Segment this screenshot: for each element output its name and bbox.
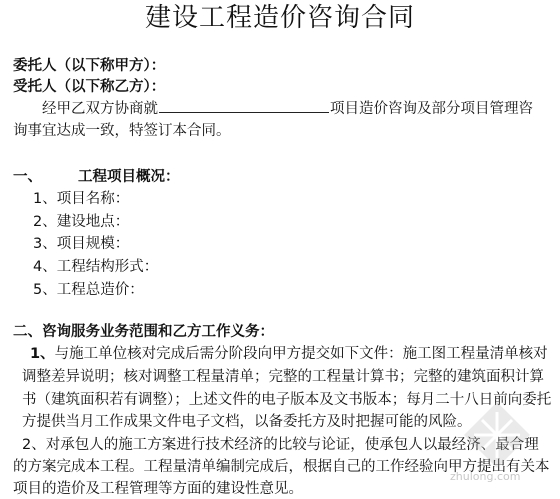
section-2-heading: 二、咨询服务业务范围和乙方工作义务： (13, 321, 274, 343)
watermark-text: zhulong.com (450, 470, 520, 483)
section-2-para-1-line: 方提供当月工作成果文件电子文档，以备委托方及时把握可能的风险。 (22, 411, 472, 433)
document-title: 建设工程造价咨询合同 (0, 2, 560, 34)
section-1-item: 4、工程结构形式： (33, 256, 158, 278)
intro-line-1: 经甲乙双方协商就项目造价咨询及部分项目管理咨 (42, 98, 533, 120)
section-2-para-1-number: 1、 (30, 346, 55, 362)
contractor-party-label: 受托人（以下称乙方）： (13, 76, 165, 98)
section-2-para-1-line: 1、与施工单位核对完成后需分阶段向甲方提交如下文件：施工图工程量清单核对 (30, 343, 548, 365)
intro-prefix: 经甲乙双方协商就 (42, 101, 158, 117)
section-1-item: 3、项目规模： (33, 233, 129, 255)
zhulong-logo-icon (462, 400, 532, 470)
section-1-item: 2、建设地点： (33, 211, 129, 233)
section-1-title: 工程项目概况： (78, 169, 180, 185)
contract-document: 建设工程造价咨询合同 委托人（以下称甲方）： 受托人（以下称乙方）： 经甲乙双方… (0, 0, 560, 499)
client-party-label: 委托人（以下称甲方）： (13, 55, 165, 77)
section-2-para-2-line: 项目的造价及工程管理等方面的建设性意见。 (13, 478, 303, 499)
section-1-item: 1、项目名称： (33, 188, 129, 210)
section-1-heading: 一、工程项目概况： (13, 166, 180, 188)
intro-suffix: 项目造价咨询及部分项目管理咨 (330, 101, 533, 117)
section-2-para-1-line: 调整差异说明；核对调整工程量清单；完整的工程量计算书；完整的建筑面积计算 (22, 366, 544, 388)
section-1-item: 5、工程总造价： (33, 279, 144, 301)
project-name-blank (159, 98, 329, 113)
intro-line-2: 询事宜达成一致，特签订本合同。 (13, 120, 231, 142)
section-1-number: 一、 (13, 169, 42, 185)
